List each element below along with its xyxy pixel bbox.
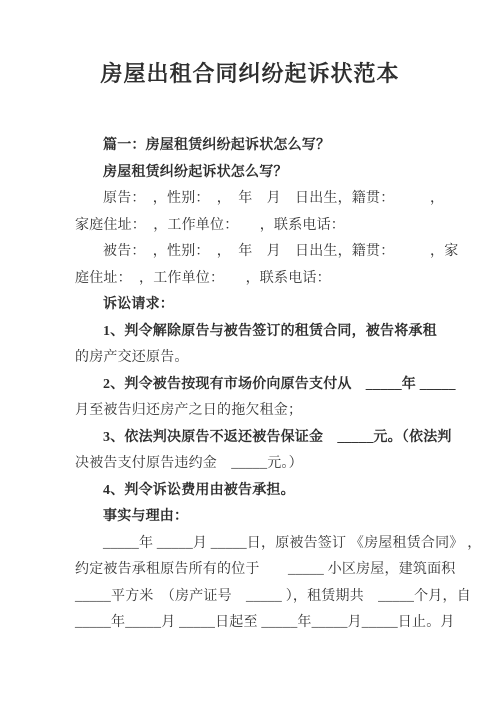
document-line: _____年 _____月 _____日，原被告签订 《房屋租赁合同》 ， [75, 531, 490, 558]
document-title: 房屋出租合同纠纷起诉状范本 [0, 57, 500, 88]
document-line: 2、判令被告按现有市场价向原告支付从 _____年 _____ [75, 372, 490, 399]
document-line: 月至被告归还房产之日的拖欠租金； [75, 398, 490, 425]
document-line: _____平方米 （房产证号 _____ ），租赁期共 _____个月，自 [75, 584, 490, 611]
document-line: 1、判令解除原告与被告签订的租赁合同，被告将承租 [75, 319, 490, 346]
document-line: 原告： ，性别： ， 年 月 日出生，籍贯： ， [75, 186, 490, 213]
document-line: 篇一：房屋租赁纠纷起诉状怎么写？ [75, 133, 490, 160]
document-line: 的房产交还原告。 [75, 345, 490, 372]
document-line: 约定被告承租原告所有的位于 _____ 小区房屋，建筑面积 [75, 557, 490, 584]
document-line: 房屋租赁纠纷起诉状怎么写？ [75, 160, 490, 187]
document-page: 房屋出租合同纠纷起诉状范本 篇一：房屋租赁纠纷起诉状怎么写？ 房屋租赁纠纷起诉状… [0, 0, 500, 708]
document-line: _____年_____月 _____日起至 _____年_____月_____日… [75, 610, 490, 637]
document-line: 3、依法判决原告不返还被告保证金 _____元。（依法判 [75, 425, 490, 452]
document-body: 篇一：房屋租赁纠纷起诉状怎么写？ 房屋租赁纠纷起诉状怎么写？ 原告： ，性别： … [75, 133, 490, 637]
document-line: 4、判令诉讼费用由被告承担。 [75, 478, 490, 505]
document-line: 庭住址： ，工作单位： ，联系电话： [75, 266, 490, 293]
document-line: 诉讼请求： [75, 292, 490, 319]
document-line: 被告： ，性别： ， 年 月 日出生，籍贯： ，家 [75, 239, 490, 266]
document-line: 事实与理由： [75, 504, 490, 531]
document-line: 家庭住址： ，工作单位： ，联系电话： [75, 213, 490, 240]
document-line: 决被告支付原告违约金 _____元。） [75, 451, 490, 478]
